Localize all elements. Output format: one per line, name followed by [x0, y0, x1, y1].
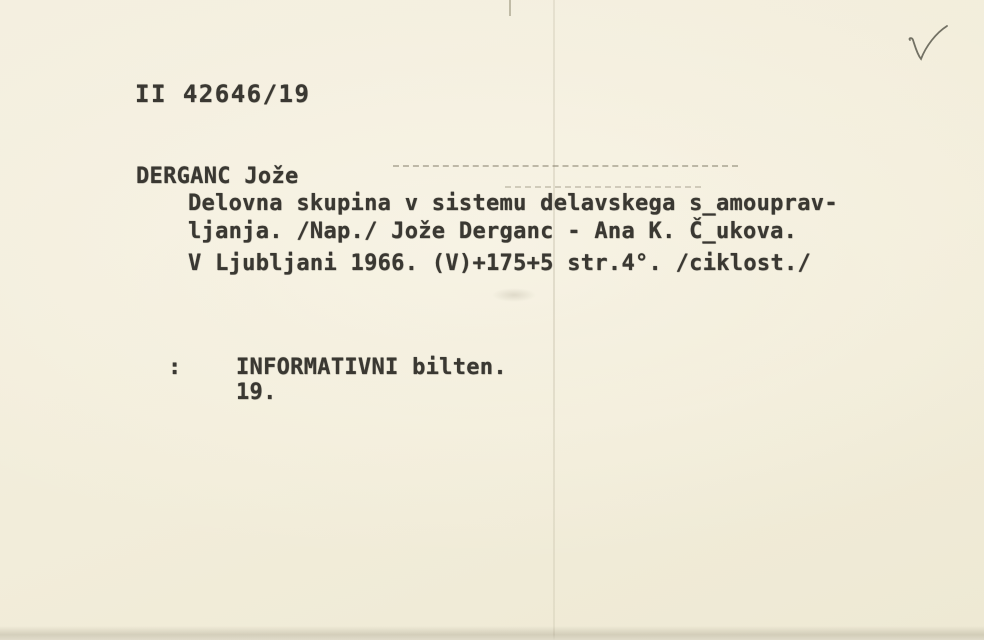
call-number: II 42646/19	[135, 82, 310, 106]
top-edge-pencil-tick	[509, 0, 511, 16]
author-heading: DERGANC Jože	[136, 165, 299, 189]
title-line-2: ljanja. /Nap./ Jože Derganc - Ana K. Č̲u…	[188, 220, 797, 244]
series-number: 19.	[236, 381, 277, 405]
checkmark-icon	[892, 18, 962, 70]
erased-dashed-line-remnant	[505, 186, 701, 188]
ink-smudge	[492, 288, 536, 302]
series-title: INFORMATIVNI bilten.	[236, 356, 507, 380]
imprint-line: V Ljubljani 1966. (V)+175+5 str.4°. /cik…	[188, 252, 811, 276]
card-bottom-edge	[0, 626, 984, 640]
catalog-card: II 42646/19 DERGANC Jože Delovna skupina…	[0, 0, 984, 640]
fold-line	[553, 0, 555, 640]
erased-dashed-line	[393, 165, 738, 167]
title-line-1: Delovna skupina v sistemu delavskega s̲a…	[188, 192, 838, 216]
series-separator: :	[168, 356, 182, 380]
